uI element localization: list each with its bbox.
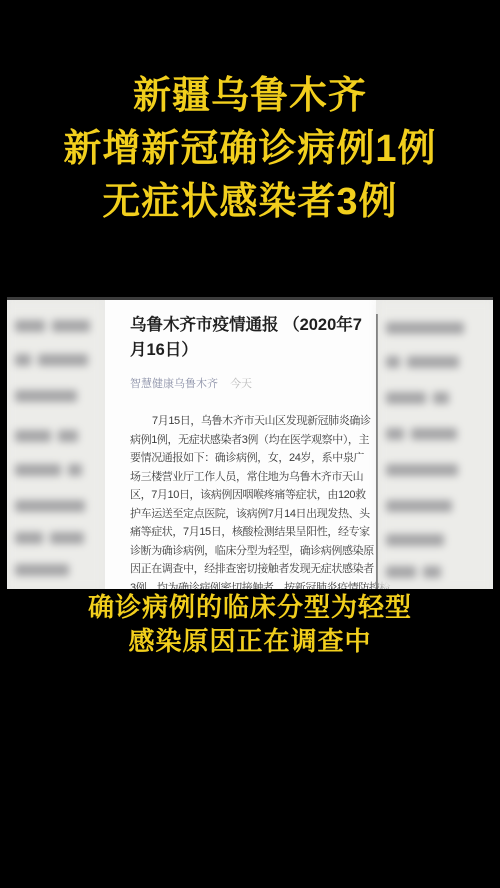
blurred-text-row: [386, 322, 485, 334]
blurred-text-row: [386, 566, 485, 578]
article-source: 智慧健康乌鲁木齐: [130, 378, 218, 390]
blurred-text-row: [386, 356, 485, 368]
blurred-text-row: [386, 500, 485, 512]
article-byline: 智慧健康乌鲁木齐 今天: [130, 375, 372, 391]
body-line: 7月15日，乌鲁木齐市天山区发现新冠肺炎确诊: [130, 412, 372, 431]
headline: 新疆乌鲁木齐 新增新冠确诊病例1例 无症状感染者3例: [0, 70, 500, 229]
blurred-text-row: [15, 354, 95, 366]
blurred-text-row: [15, 500, 95, 512]
article-content-column: 乌鲁木齐市疫情通报 （2020年7 月16日） 智慧健康乌鲁木齐 今天 7月15…: [105, 300, 376, 589]
article-body: 7月15日，乌鲁木齐市天山区发现新冠肺炎确诊 病例1例，无症状感染者3例（均在医…: [130, 412, 372, 589]
headline-line-3: 无症状感染者3例: [0, 176, 500, 229]
blurred-text-row: [15, 532, 95, 544]
body-line: 病例1例，无症状感染者3例（均在医学观察中），主: [130, 431, 372, 450]
blurred-text-row: [386, 534, 485, 546]
blurred-text-row: [386, 392, 485, 404]
body-line: 诊断为确诊病例，临床分型为轻型，确诊病例感染原: [130, 542, 372, 561]
blurred-text-row: [15, 464, 95, 476]
blurred-text-row: [386, 464, 485, 476]
blurred-text-column-right: [378, 300, 493, 589]
body-line-clipped: 3例，均为确诊病例密切接触者，按新冠肺炎疫情防控检: [130, 579, 372, 590]
caption-line-1: 确诊病例的临床分型为轻型: [0, 590, 500, 624]
article-title: 乌鲁木齐市疫情通报 （2020年7 月16日）: [130, 313, 372, 362]
blurred-text-row: [15, 320, 95, 332]
blurred-text-row: [15, 430, 95, 442]
blurred-text-row: [15, 390, 95, 402]
blurred-text-column-left: [7, 300, 103, 589]
body-line: 因正在调查中，经排查密切接触者发现无症状感染者: [130, 560, 372, 579]
body-line: 痛等症状，7月15日，核酸检测结果呈阳性，经专家: [130, 523, 372, 542]
caption-line-2: 感染原因正在调查中: [0, 624, 500, 658]
article-screenshot: 乌鲁木齐市疫情通报 （2020年7 月16日） 智慧健康乌鲁木齐 今天 7月15…: [7, 297, 493, 589]
blurred-text-row: [386, 428, 485, 440]
headline-line-2: 新增新冠确诊病例1例: [0, 123, 500, 176]
article-title-line-2: 月16日）: [130, 338, 372, 363]
body-line: 区，7月10日，该病例因咽喉疼痛等症状，由120救: [130, 486, 372, 505]
body-line: 场三楼营业厅工作人员，常住地为乌鲁木齐市天山: [130, 468, 372, 487]
body-line: 要情况通报如下：确诊病例，女，24岁，系中泉广: [130, 449, 372, 468]
body-line: 护车运送至定点医院，该病例7月14日出现发热、头: [130, 505, 372, 524]
article-title-line-1: 乌鲁木齐市疫情通报 （2020年7: [130, 313, 372, 338]
caption: 确诊病例的临床分型为轻型 感染原因正在调查中: [0, 590, 500, 658]
headline-line-1: 新疆乌鲁木齐: [0, 70, 500, 123]
video-frame: 新疆乌鲁木齐 新增新冠确诊病例1例 无症状感染者3例 乌鲁木齐市疫情通报 （20…: [0, 0, 500, 888]
article-publish-time: 今天: [230, 378, 252, 390]
blurred-text-row: [15, 564, 95, 576]
